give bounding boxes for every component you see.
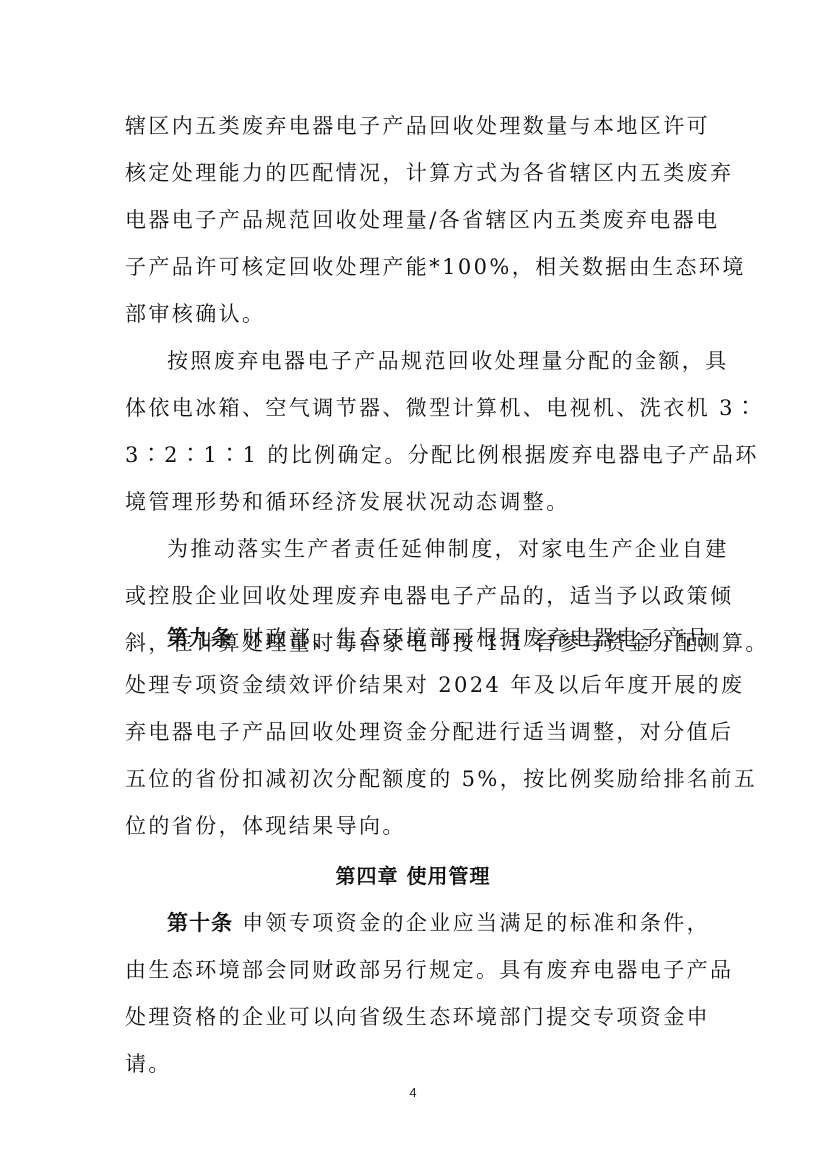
paragraph-line: 子产品许可核定回收处理产能*100%，相关数据由生态环境 [125,253,700,281]
paragraph-line: 处理专项资金绩效评价结果对 2024 年及以后年度开展的废 [125,671,700,699]
document-page: 辖区内五类废弃电器电子产品回收处理数量与本地区许可 核定处理能力的匹配情况，计算… [0,0,826,1169]
paragraph-line: 弃电器电子产品回收处理资金分配进行适当调整，对分值后 [125,718,700,746]
paragraph-line: 为推动落实生产者责任延伸制度，对家电生产企业自建 [167,535,700,563]
article-nine-line: 第九条 财政部、生态环境部可根据废弃电器电子产品 [167,624,700,652]
page-number: 4 [0,1085,826,1100]
article-ten-text: 申领专项资金的企业应当满足的标准和条件， [233,911,710,935]
article-nine-label: 第九条 [167,626,233,650]
paragraph-line: 电器电子产品规范回收处理量/各省辖区内五类废弃电器电 [125,206,700,234]
chapter-heading: 第四章 使用管理 [0,862,826,890]
paragraph-line: 部审核确认。 [125,300,700,328]
paragraph-line: 体依电冰箱、空气调节器、微型计算机、电视机、洗衣机 3∶ [125,394,700,422]
paragraph-line: 由生态环境部会同财政部另行规定。具有废弃电器电子产品 [125,956,700,984]
article-nine-text: 财政部、生态环境部可根据废弃电器电子产品 [233,626,710,650]
paragraph-line: 境管理形势和循环经济发展状况动态调整。 [125,488,700,516]
paragraph-line: 辖区内五类废弃电器电子产品回收处理数量与本地区许可 [125,112,700,140]
paragraph-line: 位的省份，体现结果导向。 [125,812,700,840]
paragraph-line: 或控股企业回收处理废弃电器电子产品的，适当予以政策倾 [125,582,700,610]
paragraph-line: 核定处理能力的匹配情况，计算方式为各省辖区内五类废弃 [125,159,700,187]
paragraph-line: 3∶2∶1∶1 的比例确定。分配比例根据废弃电器电子产品环 [125,441,700,469]
paragraph-line: 请。 [125,1050,700,1078]
article-ten-line: 第十条 申领专项资金的企业应当满足的标准和条件， [167,909,700,937]
paragraph-line: 五位的省份扣减初次分配额度的 5%，按比例奖励给排名前五 [125,765,700,793]
article-ten-label: 第十条 [167,911,233,935]
paragraph-line: 处理资格的企业可以向省级生态环境部门提交专项资金申 [125,1003,700,1031]
paragraph-line: 按照废弃电器电子产品规范回收处理量分配的金额，具 [167,347,700,375]
